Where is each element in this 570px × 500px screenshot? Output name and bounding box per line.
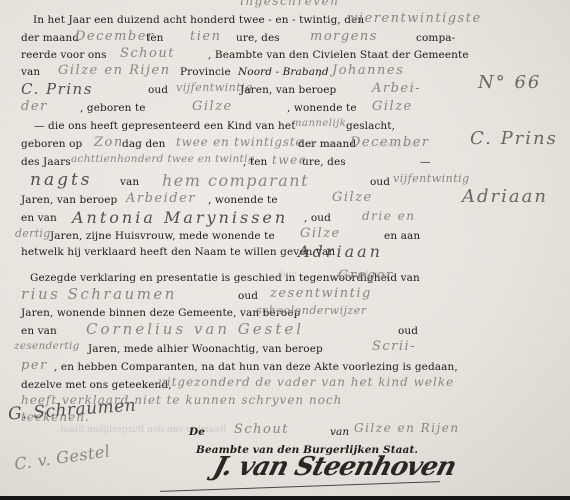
printed-comma: ,: [318, 66, 321, 78]
hw-day: vierentwintigste: [350, 11, 482, 26]
hw-time-of-day: morgens: [310, 29, 378, 44]
hw-witness1-occupation: schoolonderwijzer: [256, 304, 367, 317]
printed-ten: ten: [146, 32, 164, 44]
printed-woonachtig: Jaren, mede alhier Woonachtig, van beroe…: [88, 343, 323, 355]
signature-witness-2: C. v. Gestel: [13, 441, 111, 473]
hw-birth-year: achttienhonderd twee en twintig: [71, 153, 255, 165]
printed-provincie: Provincie: [180, 66, 231, 78]
hw-mother-age-2: dertig: [15, 227, 51, 240]
margin-given-name: Adriaan: [462, 186, 548, 207]
hw-father-occupation: Arbeider: [126, 191, 196, 206]
printed-jaren-beroep-2: Jaren, van beroep: [21, 194, 117, 206]
margin-surname: C. Prins: [470, 128, 558, 149]
hw-witness1-b: rius Schraumen: [21, 285, 177, 303]
hw-sex: mannelijk: [292, 118, 346, 129]
hw-father-first: Johannes: [332, 63, 404, 78]
hw-witness2: Cornelius van Gestel: [86, 320, 304, 338]
hw-weekday: Zon: [94, 135, 124, 150]
hw-father-ref: hem comparant: [162, 171, 309, 190]
printed-geteekend: dezelve met ons geteekend,: [21, 379, 172, 391]
printed-en-van: en van: [21, 212, 57, 224]
hw-official: Schout: [120, 46, 175, 61]
hw-child-name: Adriaan: [298, 242, 383, 261]
printed-wonende-te: , wonende te: [287, 102, 357, 114]
printed-dash: —: [420, 156, 431, 168]
hw-father-last: C. Prins: [21, 80, 93, 98]
hw-mother-name: Antonia Marynissen: [72, 208, 288, 227]
printed-en-aan: en aan: [384, 230, 420, 242]
printed-jaren-beroep: Jaren, van beroep: [240, 84, 336, 96]
signature-flourish: [160, 481, 440, 492]
hw-father-residence: Gilze: [332, 190, 373, 205]
hw-month: December: [75, 29, 155, 44]
printed-oud-4: oud: [238, 290, 258, 302]
printed-dag-den: dag den: [122, 138, 165, 150]
hw-municipality: Gilze en Rijen: [58, 63, 171, 78]
hw-sig-official: Schout: [234, 422, 289, 437]
hw-father-age-2: vijfentwintig: [393, 172, 470, 185]
printed-oud-2: oud: [370, 176, 390, 188]
printed-des-jaars: des Jaars: [21, 156, 71, 168]
printed-presented-child: — die ons heeft gepresenteerd een Kind v…: [34, 120, 296, 132]
hw-birth-time: nagts: [30, 170, 93, 190]
hw-occupation-2: der: [21, 99, 48, 114]
hw-residence: Gilze: [372, 99, 413, 114]
printed-beambte: , Beambte van den Civielen Staat der Gem…: [208, 49, 469, 61]
hw-birthplace: Gilze: [192, 99, 233, 114]
printed-oud-5: oud: [398, 325, 418, 337]
printed-van-2: van: [120, 176, 139, 188]
hw-witness2-age: zesendertig: [14, 340, 80, 352]
printed-wonende-te-2: , wonende te: [208, 194, 278, 206]
printed-geslacht: geslacht,: [346, 120, 395, 132]
printed-noord-braband: Noord - Braband: [238, 66, 329, 78]
top-scrawl: ingeschreven: [240, 0, 339, 8]
hw-witness1-age: zesentwintig: [270, 286, 372, 301]
printed-line-1: In het Jaar een duizend acht honderd twe…: [33, 14, 364, 26]
hw-hour: tien: [190, 29, 221, 44]
scan-bottom-edge: [0, 496, 570, 500]
hw-birth-day: twee en twintigste: [176, 135, 303, 149]
printed-naam: hetwelk hij verklaard heeft den Naam te …: [21, 246, 335, 258]
hw-mother-residence: Gilze: [300, 226, 341, 241]
printed-oud-3: , oud: [304, 212, 331, 224]
hw-witness2-occ-a: Scrii-: [372, 339, 416, 354]
hw-mother-age-1: drie en: [362, 209, 416, 223]
printed-en-van-2: en van: [21, 325, 57, 337]
document-page: des Jaars ............ ure, des van bero…: [0, 0, 570, 496]
printed-compa: compa-: [416, 32, 455, 44]
printed-ure-des: ure, des: [236, 32, 280, 44]
printed-van: van: [21, 66, 40, 78]
printed-geboren-te: , geboren te: [80, 102, 146, 114]
signature-registrar: J. van Steenhoven: [210, 452, 459, 482]
printed-ten-2: , ten: [243, 156, 267, 168]
printed-ure-des-2: ure, des: [302, 156, 346, 168]
hw-witness2-occ-b: per: [21, 358, 48, 373]
margin-record-number: N° 66: [478, 72, 541, 93]
printed-sig-van: van: [330, 426, 349, 438]
hw-witness1-a: Gregor: [338, 268, 394, 283]
printed-reerde: reerde voor ons: [21, 49, 107, 61]
printed-der-maand: der maand: [21, 32, 79, 44]
printed-oud: oud: [148, 84, 168, 96]
printed-huisvrouw: Jaren, zijne Huisvrouw, mede wonende te: [50, 230, 275, 242]
printed-comparanten: , en hebben Comparanten, na dat hun van …: [54, 361, 458, 373]
hw-occupation-1: Arbei-: [372, 81, 421, 96]
hw-sig-municipality: Gilze en Rijen: [354, 421, 460, 435]
printed-de: De: [189, 426, 205, 438]
hw-birth-month: December: [350, 135, 430, 150]
printed-der-maand-2: der maand: [298, 138, 356, 150]
hw-note-1: uitgezonderd de vader van het kind welke: [158, 375, 454, 389]
printed-geboren-op: geboren op: [21, 138, 82, 150]
